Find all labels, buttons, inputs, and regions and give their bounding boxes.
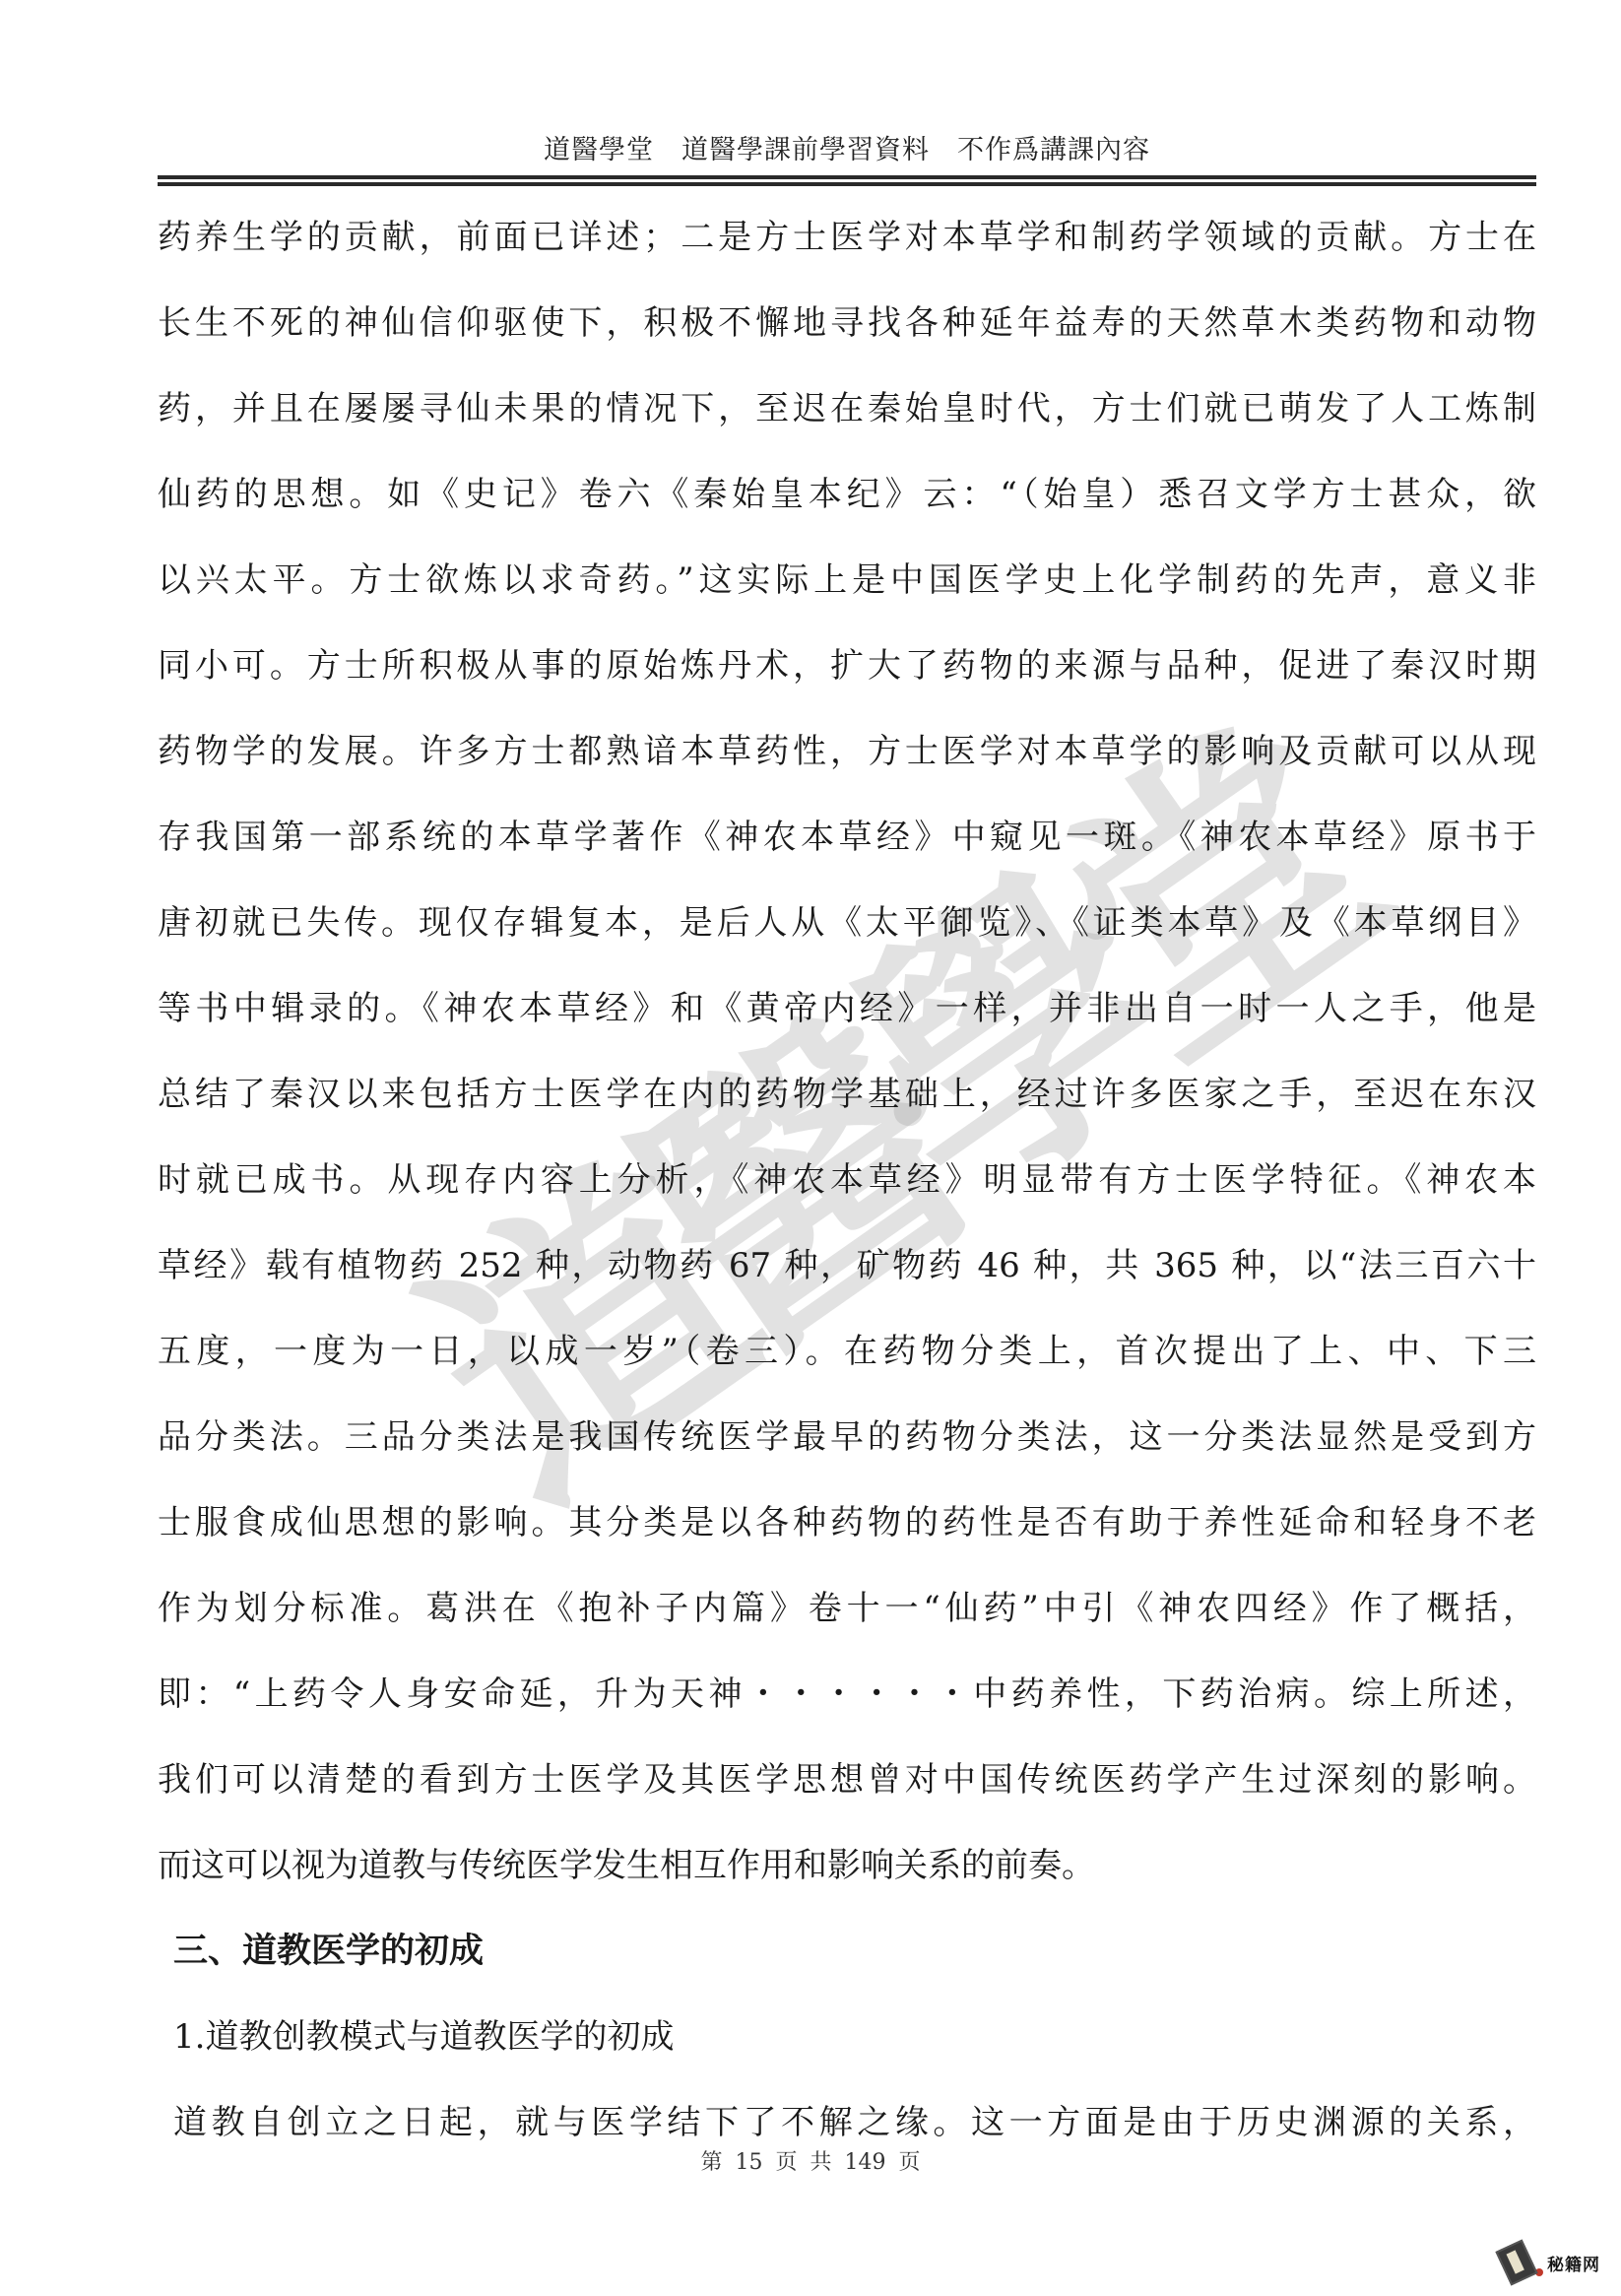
text-line: 士服食成仙思想的影响。其分类是以各种药物的药性是否有助于养性延命和轻身不老 xyxy=(158,1480,1536,1566)
text-line: 唐初就已失传。现仅存辑复本，是后人从《太平御览》、《证类本草》及《本草纲目》 xyxy=(158,881,1536,966)
section-heading: 三、道教医学的初成 xyxy=(158,1909,1536,1995)
site-logo: 秘籍网 xyxy=(1502,2238,1615,2287)
text-line: 我们可以清楚的看到方士医学及其医学思想曾对中国传统医药学产生过深刻的影响。 xyxy=(158,1738,1536,1823)
paragraph-2: 道教自创立之日起，就与医学结下了不解之缘。这一方面是由于历史渊源的关系， xyxy=(158,2080,1536,2166)
text-line: 药，并且在屡屡寻仙未果的情况下，至迟在秦始皇时代，方士们就已萌发了人工炼制 xyxy=(158,366,1536,452)
text-line: 仙药的思想。如《史记》卷六《秦始皇本纪》云：“（始皇）悉召文学方士甚众，欲 xyxy=(158,452,1536,538)
book-icon xyxy=(1495,2239,1537,2285)
text-line: 同小可。方士所积极从事的原始炼丹术，扩大了药物的来源与品种，促进了秦汉时期 xyxy=(158,623,1536,709)
text-line: 以兴太平。方士欲炼以求奇药。”这实际上是中国医学史上化学制药的先声，意义非 xyxy=(158,538,1536,623)
paragraph-1: 药养生学的贡献，前面已详述；二是方士医学对本草学和制药学领域的贡献。方士在 长生… xyxy=(158,195,1536,1909)
text-line: 总结了秦汉以来包括方士医学在内的药物学基础上，经过许多医家之手，至迟在东汉 xyxy=(158,1052,1536,1138)
text-line: 作为划分标准。葛洪在《抱补子内篇》卷十一“仙药”中引《神农四经》作了概括， xyxy=(158,1566,1536,1652)
subsection-heading: 1.道教创教模式与道教医学的初成 xyxy=(158,1995,1536,2080)
text-line: 品分类法。三品分类法是我国传统医学最早的药物分类法，这一分类法显然是受到方 xyxy=(158,1395,1536,1480)
text-line: 药物学的发展。许多方士都熟谙本草药性，方士医学对本草学的影响及贡献可以从现 xyxy=(158,709,1536,795)
text-line: 药养生学的贡献，前面已详述；二是方士医学对本草学和制药学领域的贡献。方士在 xyxy=(158,195,1536,281)
text-line: 草经》载有植物药 252 种，动物药 67 种，矿物药 46 种，共 365 种… xyxy=(158,1223,1536,1309)
text-line: 即：“上药令人身安命延，升为天神・・・・・・中药养性，下药治病。综上所述， xyxy=(158,1652,1536,1738)
logo-text: 秘籍网 xyxy=(1547,2251,1600,2275)
document-page: 道醫學堂 道醫學課前學習資料 不作爲講課內容 道醫學堂 药养生学的贡献，前面已详… xyxy=(0,0,1621,2296)
text-line: 时就已成书。从现存内容上分析，《神农本草经》明显带有方士医学特征。《神农本 xyxy=(158,1138,1536,1223)
header-rule-bottom xyxy=(158,182,1536,186)
text-line: 而这可以视为道教与传统医学发生相互作用和影响关系的前奏。 xyxy=(158,1823,1536,1909)
document-body: 药养生学的贡献，前面已详述；二是方士医学对本草学和制药学领域的贡献。方士在 长生… xyxy=(158,195,1536,2166)
header-rule-top xyxy=(158,175,1536,179)
text-line: 五度，一度为一日，以成一岁”（卷三）。在药物分类上，首次提出了上、中、下三 xyxy=(158,1309,1536,1395)
text-line: 道教自创立之日起，就与医学结下了不解之缘。这一方面是由于历史渊源的关系， xyxy=(158,2080,1536,2166)
text-line: 等书中辑录的。《神农本草经》和《黄帝内经》一样，并非出自一时一人之手，他是 xyxy=(158,966,1536,1052)
text-line: 长生不死的神仙信仰驱使下，积极不懈地寻找各种延年益寿的天然草木类药物和动物 xyxy=(158,281,1536,366)
page-header: 道醫學堂 道醫學課前學習資料 不作爲講課內容 xyxy=(158,128,1536,166)
text-line: 存我国第一部系统的本草学著作《神农本草经》中窥见一斑。《神农本草经》原书于 xyxy=(158,795,1536,881)
